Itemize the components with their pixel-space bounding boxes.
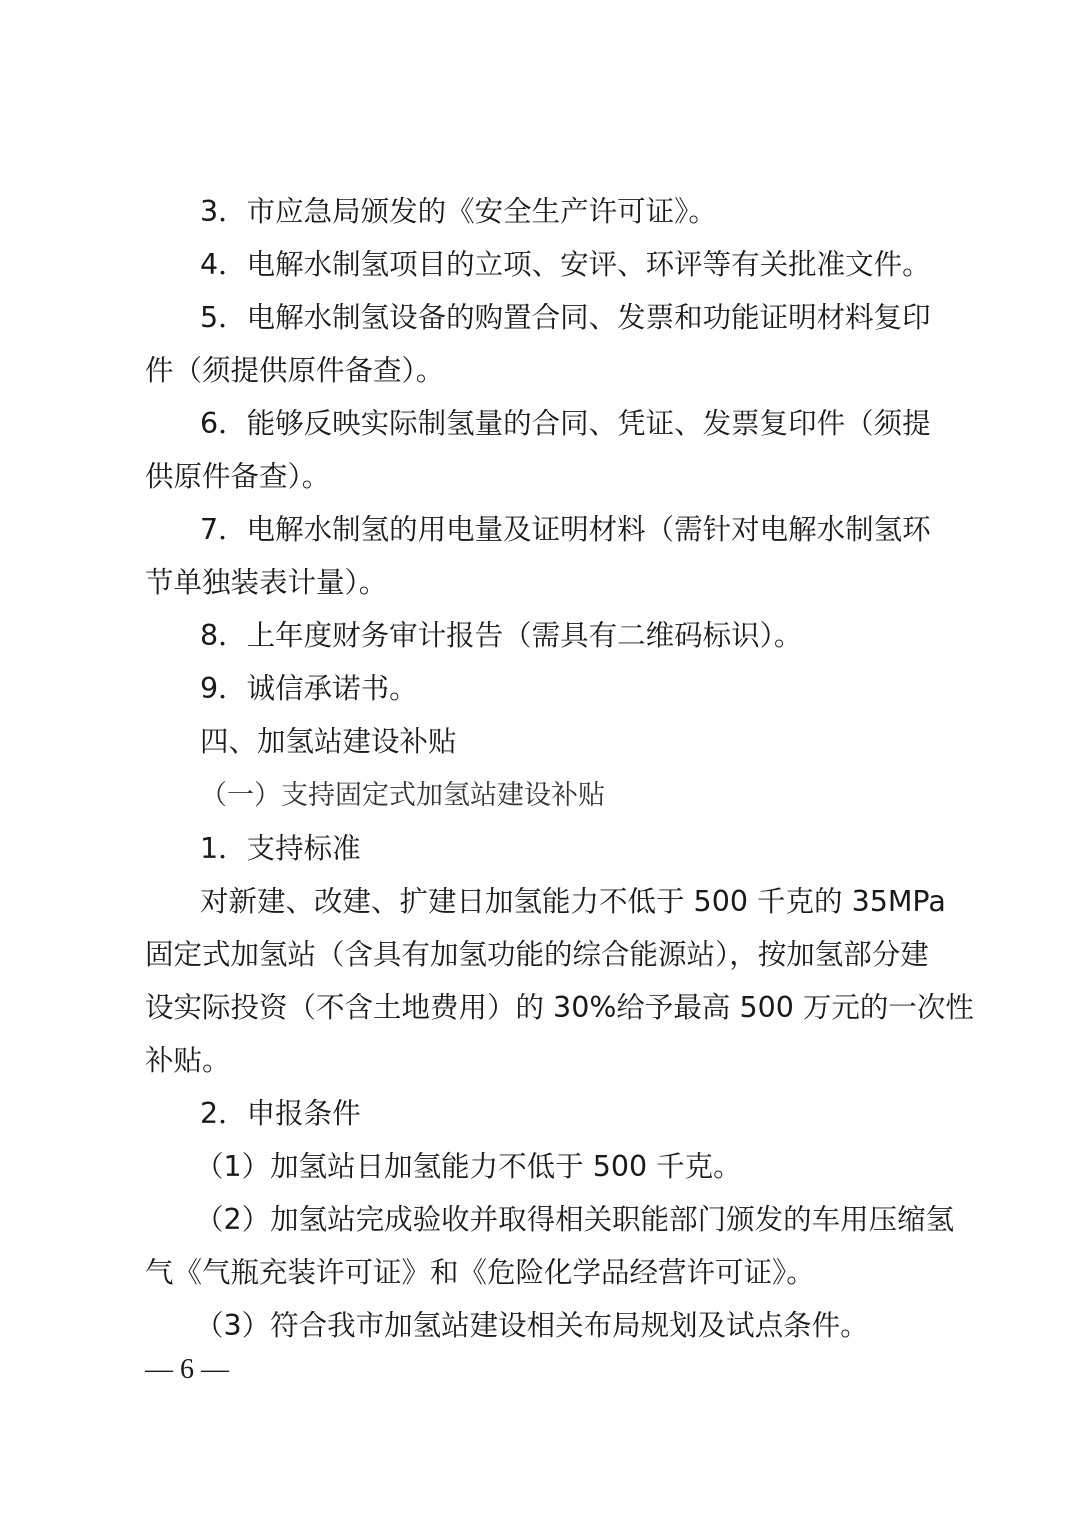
paragraph-line-4: 补贴。 xyxy=(145,1041,950,1081)
list-item-5-line-1: 5．电解水制氢设备的购置合同、发票和功能证明材料复印 xyxy=(200,298,1005,338)
subheading-support-standard: 1．支持标准 xyxy=(200,829,1005,869)
condition-1: （1）加氢站日加氢能力不低于 500 千克。 xyxy=(195,1147,1000,1187)
list-item-4: 4．电解水制氢项目的立项、安评、环评等有关批准文件。 xyxy=(200,245,1005,285)
page-number: — 6 — xyxy=(145,1350,229,1390)
list-item-9: 9．诚信承诺书。 xyxy=(200,669,1005,709)
list-item-6-line-1: 6．能够反映实际制氢量的合同、凭证、发票复印件（须提 xyxy=(200,404,1005,444)
condition-2-line-1: （2）加氢站完成验收并取得相关职能部门颁发的车用压缩氢 xyxy=(195,1200,1000,1240)
list-item-3: 3．市应急局颁发的《安全生产许可证》。 xyxy=(200,192,1005,232)
section-heading: 四、加氢站建设补贴 xyxy=(200,722,1005,762)
list-item-5-line-2: 件（须提供原件备查）。 xyxy=(145,351,950,391)
list-item-7-line-2: 节单独装表计量）。 xyxy=(145,563,950,603)
subsection-heading: （一）支持固定式加氢站建设补贴 xyxy=(200,776,1005,816)
list-item-8: 8．上年度财务审计报告（需具有二维码标识）。 xyxy=(200,616,1005,656)
condition-2-line-2: 气《气瓶充装许可证》和《危险化学品经营许可证》。 xyxy=(145,1253,950,1293)
subheading-application-conditions: 2．申报条件 xyxy=(200,1094,1005,1134)
condition-3: （3）符合我市加氢站建设相关布局规划及试点条件。 xyxy=(195,1306,1000,1346)
document-page: 3．市应急局颁发的《安全生产许可证》。 4．电解水制氢项目的立项、安评、环评等有… xyxy=(0,0,1080,1528)
paragraph-line-3: 设实际投资（不含土地费用）的 30%给予最高 500 万元的一次性 xyxy=(145,988,950,1028)
paragraph-line-1: 对新建、改建、扩建日加氢能力不低于 500 千克的 35MPa xyxy=(200,882,1005,922)
list-item-6-line-2: 供原件备查）。 xyxy=(145,457,950,497)
list-item-7-line-1: 7．电解水制氢的用电量及证明材料（需针对电解水制氢环 xyxy=(200,510,1005,550)
paragraph-line-2: 固定式加氢站（含具有加氢功能的综合能源站），按加氢部分建 xyxy=(145,935,950,975)
